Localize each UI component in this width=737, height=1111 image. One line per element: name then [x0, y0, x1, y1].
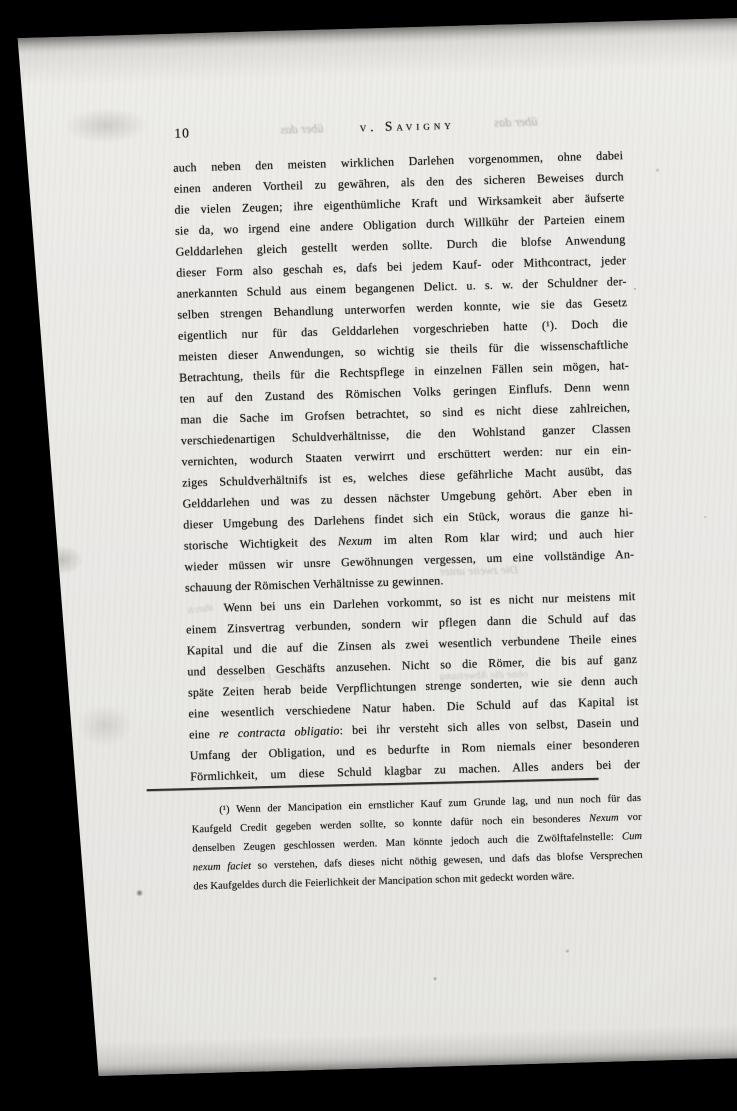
book-page-paper: über das über das 10 v. Savigny auch neb… [0, 18, 737, 1079]
bleedthrough-header-right: über das [494, 115, 538, 131]
page-content: über das über das 10 v. Savigny auch neb… [172, 105, 647, 1017]
footnote-block: (¹) Wenn der Mancipation ein ernstlicher… [191, 789, 643, 897]
body-text: auch neben den meisten wirklichen Darleh… [173, 145, 640, 787]
bleedthrough-header-left: über das [280, 122, 324, 138]
page-number: 10 [174, 125, 190, 141]
bleedthrough-mid-fragment: wo die Formel mit [222, 670, 303, 684]
bleedthrough-mid-fragment: ohne die Abweisung [439, 668, 528, 682]
running-header: v. Savigny [359, 117, 455, 136]
scanned-page-background: über das über das 10 v. Savigny auch neb… [0, 0, 737, 1111]
bleedthrough-mid-fragment: Die zweite unter [439, 562, 518, 579]
